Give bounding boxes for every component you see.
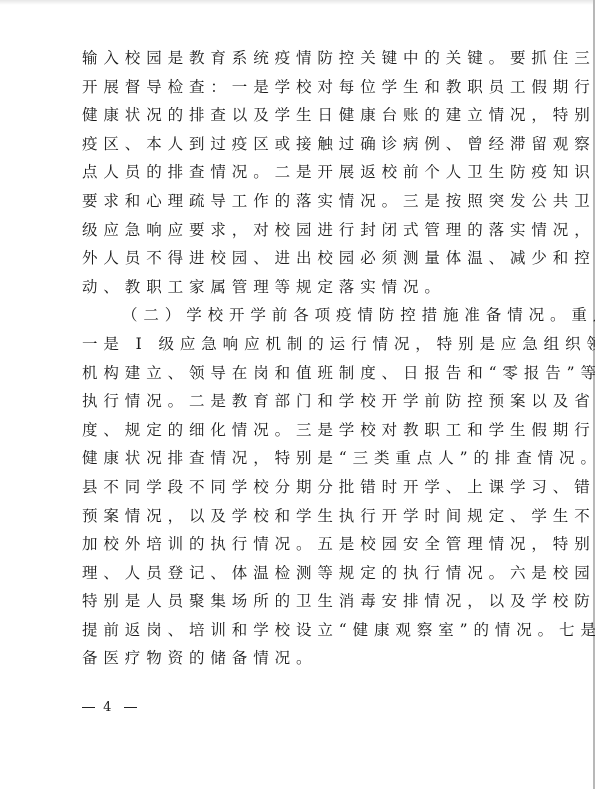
text-line: 提前返岗、培训和学校设立“健康观察室”的情况。七是学校必 — [82, 619, 522, 648]
text-line: 输入校园是教育系统疫情防控关键中的关键。要抓住三个关键点 — [82, 47, 522, 76]
text-line: 一是 I 级应急响应机制的运行情况，特别是应急组织领导和工作 — [82, 333, 522, 362]
document-body: 输入校园是教育系统疫情防控关键中的关键。要抓住三个关键点 开展督导检查：一是学校… — [82, 47, 522, 676]
text-line: 备医疗物资的储备情况。 — [82, 647, 522, 676]
text-line: 度、规定的细化情况。三是学校对教职工和学生假期行踪及身体 — [82, 419, 522, 448]
text-line: 县不同学段不同学校分期分批错时开学、上课学习、错时就餐的 — [82, 476, 522, 505]
page-number-value: 4 — [103, 700, 115, 715]
viewer-top-shadow — [0, 0, 595, 5]
text-line: 开展督导检查：一是学校对每位学生和教职员工假期行踪、身体 — [82, 76, 522, 105]
text-line: 理、人员登记、体温检测等规定的执行情况。六是校园重点场所 — [82, 562, 522, 591]
text-line: 健康状况的排查以及学生日健康台账的建立情况，特别是对来自 — [82, 104, 522, 133]
text-line: 机构建立、领导在岗和值班制度、日报告和“零报告”等规定的 — [82, 362, 522, 391]
text-line: 健康状况排查情况，特别是“三类重点人”的排查情况。四是市 — [82, 447, 522, 476]
text-line: 预案情况，以及学校和学生执行开学时间规定、学生不得私自参 — [82, 505, 522, 534]
text-line: 疫区、本人到过疫区或接触过确诊病例、曾经滞留观察等三类重 — [82, 133, 522, 162]
text-line: 执行情况。二是教育部门和学校开学前防控预案以及省市重要制 — [82, 390, 522, 419]
text-line: 特别是人员聚集场所的卫生消毒安排情况，以及学校防疫人员的 — [82, 590, 522, 619]
dash-left — [82, 707, 95, 708]
text-line: 点人员的排查情况。二是开展返校前个人卫生防疫知识专题教育 — [82, 161, 522, 190]
text-line: 动、教职工家属管理等规定落实情况。 — [82, 276, 522, 305]
dash-right — [124, 707, 137, 708]
text-line: 级应急响应要求，对校园进行封闭式管理的落实情况，特别是校 — [82, 219, 522, 248]
text-line: 外人员不得进校园、进出校园必须测量体温、减少和控制学生活 — [82, 247, 522, 276]
section-heading-line: （二）学校开学前各项疫情防控措施准备情况。重点包括： — [82, 304, 522, 333]
text-line: 加校外培训的执行情况。五是校园安全管理情况，特别是门禁管 — [82, 533, 522, 562]
text-line: 要求和心理疏导工作的落实情况。三是按照突发公共卫生事件 I — [82, 190, 522, 219]
page-number: 4 — [82, 700, 137, 715]
